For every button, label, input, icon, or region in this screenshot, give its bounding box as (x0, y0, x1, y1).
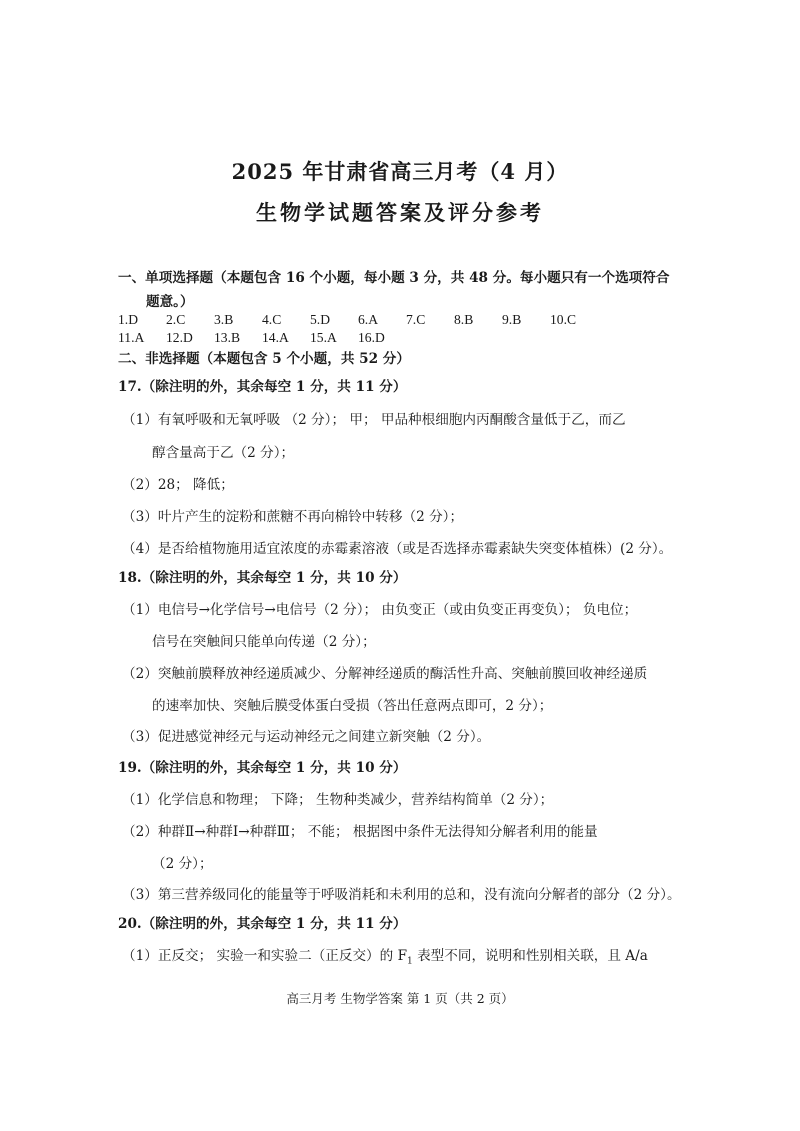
question-19-line: （1）化学信息和物理； 下降； 生物种类减少，营养结构简单（2 分）； (122, 788, 553, 808)
question-18-line: （3）促进感觉神经元与运动神经元之间建立新突触（2 分）。 (122, 725, 490, 745)
answer-item: 15.A (310, 330, 337, 346)
question-17-line: （3）叶片产生的淀粉和蔗糖不再向棉铃中转移（2 分）； (122, 505, 463, 525)
question-18-line: （2）突触前膜释放神经递质减少、分解神经递质的酶活性升高、突触前膜回收神经递质 (122, 662, 647, 682)
answer-item: 3.B (214, 312, 233, 328)
answer-item: 11.A (118, 330, 144, 346)
document-title: 2025 年甘肃省高三月考（4 月） (0, 156, 800, 186)
answer-item: 12.D (166, 330, 193, 346)
question-18-line: 的速率加快、突触后膜受体蛋白受损（答出任意两点即可，2 分）； (152, 694, 552, 714)
answer-item: 16.D (358, 330, 385, 346)
question-18-line: 信号在突触间只能单向传递（2 分）； (152, 630, 376, 650)
answer-item: 1.D (118, 312, 138, 328)
document-subtitle: 生物学试题答案及评分参考 (0, 197, 800, 227)
answer-item: 4.C (262, 312, 281, 328)
answer-item: 13.B (214, 330, 240, 346)
answer-item: 9.B (502, 312, 521, 328)
question-20-line: （1）正反交； 实验一和实验二（正反交）的 F1 表型不同，说明和性别相关联，且… (122, 944, 648, 967)
section1-heading-cont: 题意。） (146, 290, 194, 310)
answer-item: 14.A (262, 330, 289, 346)
question-19-line: （2）种群Ⅱ→种群Ⅰ→种群Ⅲ； 不能； 根据图中条件无法得知分解者利用的能量 (122, 820, 598, 840)
question-17-heading: 17.（除注明的外，其余每空 1 分，共 11 分） (118, 375, 406, 395)
answer-item: 8.B (454, 312, 473, 328)
question-18-line: （1）电信号→化学信号→电信号（2 分）； 由负变正（或由负变正再变负）； 负电… (122, 598, 637, 618)
question-19-heading: 19.（除注明的外，其余每空 1 分，共 10 分） (118, 756, 406, 776)
question-17-line: （4）是否给植物施用适宜浓度的赤霉素溶液（或是否选择赤霉素缺失突变体植株）(2 … (122, 537, 672, 557)
section2-heading: 二、非选择题（本题包含 5 个小题，共 52 分） (118, 347, 410, 367)
question-20-heading: 20.（除注明的外，其余每空 1 分，共 11 分） (118, 912, 406, 932)
question-17-line: 醇含量高于乙（2 分）； (152, 441, 294, 461)
question-19-line: （2 分）； (152, 852, 213, 872)
page-footer: 高三月考 生物学答案 第 1 页（共 2 页） (0, 989, 800, 1007)
answer-item: 7.C (406, 312, 425, 328)
section1-heading: 一、单项选择题（本题包含 16 个小题，每小题 3 分，共 48 分。每小题只有… (118, 266, 669, 286)
question-18-heading: 18.（除注明的外，其余每空 1 分，共 10 分） (118, 566, 406, 586)
answer-item: 2.C (166, 312, 185, 328)
question-17-line: （2）28； 降低； (122, 473, 234, 493)
question-17-line: （1）有氧呼吸和无氧呼吸 （2 分）； 甲； 甲品种根细胞内丙酮酸含量低于乙，而… (122, 408, 626, 428)
answer-item: 5.D (310, 312, 330, 328)
answer-item: 10.C (550, 312, 576, 328)
question-19-line: （3）第三营养级同化的能量等于呼吸消耗和未利用的总和，没有流向分解者的部分（2 … (122, 883, 681, 903)
answer-item: 6.A (358, 312, 378, 328)
